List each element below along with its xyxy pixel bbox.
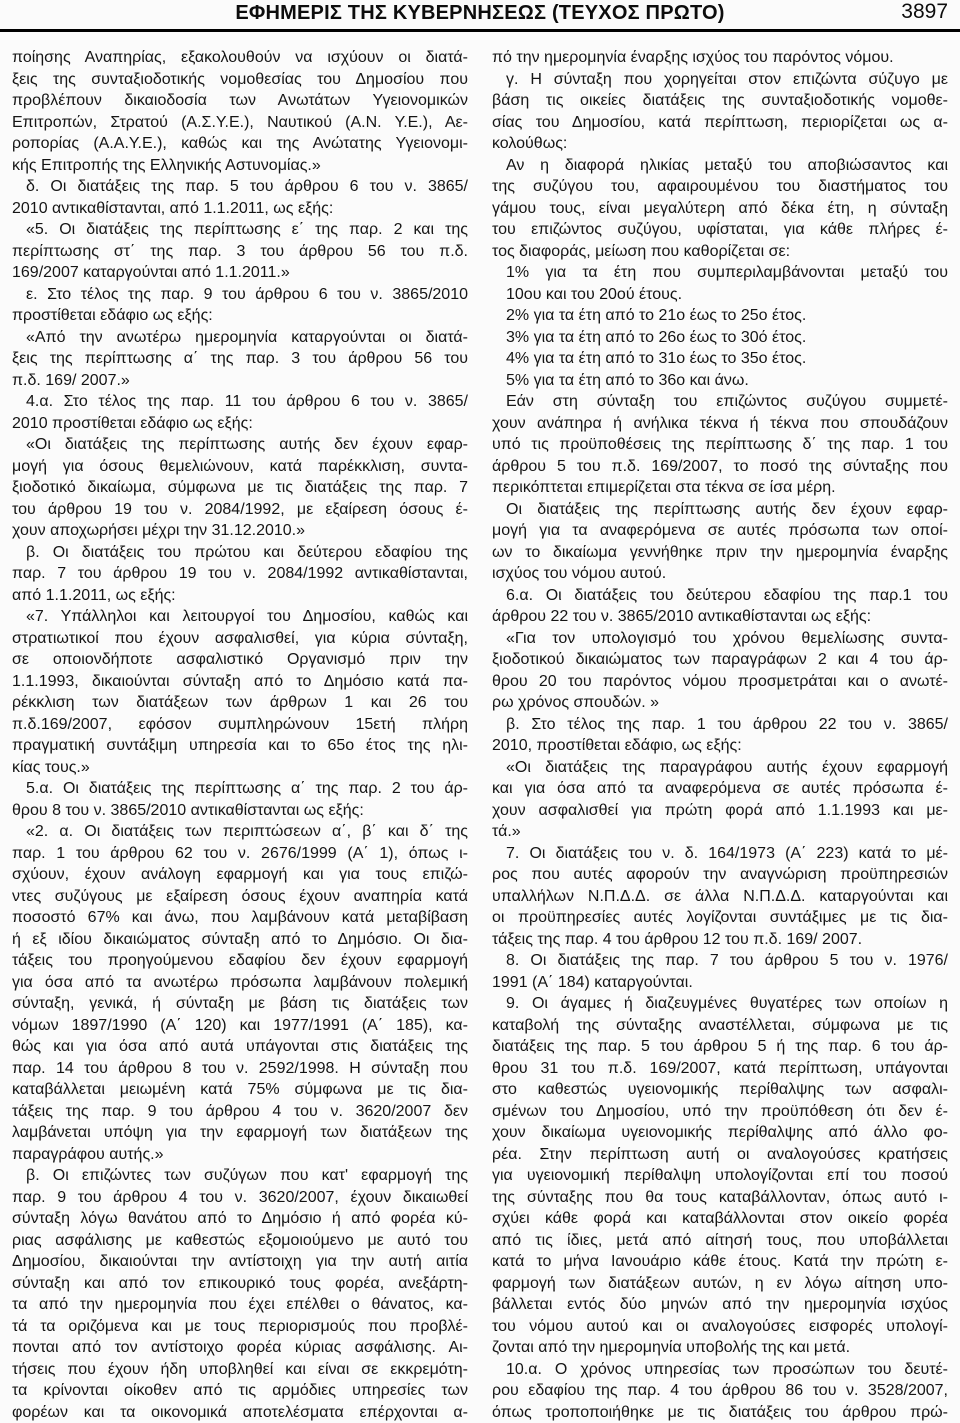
page-header: ΕΦΗΜΕΡΙΣ ΤΗΣ ΚΥΒΕΡΝΗΣΕΩΣ (ΤΕΥΧΟΣ ΠΡΩΤΟ) … (0, 0, 960, 28)
paragraph: 5% για τα έτη από το 36ο και άνω. (492, 370, 948, 392)
text-line: 10ου και του 20ού έτους. (492, 284, 948, 306)
text-line: χουν ανάπηρα ή ανήλικα τέκνα ή τέκνα που… (492, 413, 948, 435)
paragraph: γ. Η σύνταξη που χορηγείται στον επιζώντ… (492, 69, 948, 155)
text-line: φορέων και τα οικονομικά αποτελέσματα επ… (12, 1402, 468, 1423)
text-line: λαμβάνεται υπόψη για την εφαρμογή των δι… (12, 1122, 468, 1144)
text-line: 7. Οι διατάξεις του ν. δ. 164/1973 (Α΄ 2… (492, 843, 948, 865)
paragraph: 4% για τα έτη από το 31ο έως το 35ο έτος… (492, 348, 948, 370)
text-line: ισχύος του νόμου αυτού. (492, 563, 948, 585)
paragraph: «5. Οι διατάξεις της περίπτωσης ε΄ της π… (12, 219, 468, 284)
paragraph: β. Στο τέλος της παρ. 1 του άρθρου 22 το… (492, 714, 948, 757)
text-line: νόμων 1897/1990 (Α΄ 120) και 1977/1991 (… (12, 1015, 468, 1037)
text-line: β. Στο τέλος της παρ. 1 του άρθρου 22 το… (492, 714, 948, 736)
paragraph: 1% για τα έτη που συμπεριλαμβάνονται μετ… (492, 262, 948, 305)
paragraph: «2. α. Οι διατάξεις των περιπτώσεων α΄, … (12, 821, 468, 1165)
text-line: 2010 αντικαθίστανται, από 1.1.2011, ως ε… (12, 198, 468, 220)
text-line: βάλλεται εντός δύο μηνών από την ημερομη… (492, 1294, 948, 1316)
text-line: «5. Οι διατάξεις της περίπτωσης ε΄ της π… (12, 219, 468, 241)
paragraph: δ. Οι διατάξεις της παρ. 5 του άρθρου 6 … (12, 176, 468, 219)
text-line: φαρμογή των διατάξεων αυτών, η εν λόγω α… (492, 1273, 948, 1295)
text-line: ροπορίας (Α.Α.Υ.Ε.), καθώς και της Ανώτα… (12, 133, 468, 155)
text-line: για υγειονομική περίθαλψη υπολογίζονται … (492, 1165, 948, 1187)
text-line: «2. α. Οι διατάξεις των περιπτώσεων α΄, … (12, 821, 468, 843)
text-line: σύνταξη λόγω θανάτου από το Δημόσιο ή απ… (12, 1208, 468, 1230)
text-line: κατά το μήνα Ιανουάριο κάθε έτους. Κατά … (492, 1251, 948, 1273)
paragraph: 9. Οι άγαμες ή διαζευγμένες θυγατέρες τω… (492, 993, 948, 1359)
text-line: μογή για τα αναφερόμενα σε αυτές πρόσωπα… (492, 520, 948, 542)
text-line: σίας του Δημοσίου, κατά περίπτωση, περιο… (492, 112, 948, 134)
text-line: ή εξ ιδίου δικαιώματος σύνταξη από το Δη… (12, 929, 468, 951)
text-line: «Οι διατάξεις της παραγράφου αυτής έχουν… (492, 757, 948, 779)
text-line: 6.α. Οι διατάξεις του δεύτερου εδαφίου τ… (492, 585, 948, 607)
paragraph: 6.α. Οι διατάξεις του δεύτερου εδαφίου τ… (492, 585, 948, 628)
text-line: ων το δικαίωμα γεννήθηκε πριν την ημερομ… (492, 542, 948, 564)
text-line: Εάν στη σύνταξη του επιζώντος συζύγου συ… (492, 391, 948, 413)
text-column-left: ποίησης Αναπηρίας, εξακολουθούν να ισχύο… (12, 47, 468, 1423)
paragraph: Εάν στη σύνταξη του επιζώντος συζύγου συ… (492, 391, 948, 499)
text-line: θρου 20 του παρόντος νόμου προσμετράται … (492, 671, 948, 693)
text-line: σχύει κάθε φορά και καταβάλλονται στον ο… (492, 1208, 948, 1230)
text-line: περικόπτεται επιμερίζεται στα τέκνα σε ί… (492, 477, 948, 499)
text-line: στρατιωτικοί που έχουν ασφαλισθεί, για κ… (12, 628, 468, 650)
paragraph: πό την ημερομηνία έναρξης ισχύος του παρ… (492, 47, 948, 69)
text-line: ντες συζύγους με εξαίρεση όσους έχουν αν… (12, 886, 468, 908)
text-line: Δημοσίου, δικαιούνται την αντίστοιχη για… (12, 1251, 468, 1273)
paragraph: β. Οι διατάξεις του πρώτου και δεύτερου … (12, 542, 468, 607)
text-line: ρος που αυτές αφορούν την αναγνώριση προ… (492, 864, 948, 886)
page-number: 3897 (901, 0, 948, 24)
text-line: περίπτωσης στ΄ της παρ. 3 του άρθρου 56 … (12, 241, 468, 263)
text-line: τάξεις του προηγούμενου εδαφίου δεν έχου… (12, 950, 468, 972)
text-line: ζονται από την ημερομηνία υποβολής της κ… (492, 1337, 948, 1359)
text-line: γάμου τους, είναι μεγαλύτερη από δέκα έτ… (492, 198, 948, 220)
text-line: ξιοδοτικό δικαίωμα, σύμφωνα με τις διατά… (12, 477, 468, 499)
gazette-title: ΕΦΗΜΕΡΙΣ ΤΗΣ ΚΥΒΕΡΝΗΣΕΩΣ (ΤΕΥΧΟΣ ΠΡΩΤΟ) (0, 2, 960, 25)
document-body: ποίησης Αναπηρίας, εξακολουθούν να ισχύο… (0, 47, 960, 1423)
text-line: τάξεις της παρ. 4 του άρθρου 12 του π.δ.… (492, 929, 948, 951)
text-line: χουν δικαίωμα υγειονομικής περίθαλψης απ… (492, 1122, 948, 1144)
text-line: π.δ.169/2007, εφόσον συμπληρώνουν 15ετή … (12, 714, 468, 736)
paragraph: «7. Υπάλληλοι και λειτουργοί του Δημοσίο… (12, 606, 468, 778)
text-line: «Για τον υπολογισμό του χρόνου θεμελίωση… (492, 628, 948, 650)
text-line: τάξεις της παρ. 9 του άρθρου 4 του ν. 36… (12, 1101, 468, 1123)
text-line: ρω χρόνος σπουδών. » (492, 692, 948, 714)
text-line: σχύουν, έχουν ανάλογη εφαρμογή και για τ… (12, 864, 468, 886)
text-line: τος διαφοράς, μείωση που καθορίζεται σε: (492, 241, 948, 263)
paragraph: «Οι διατάξεις της περίπτωσης αυτής δεν έ… (12, 434, 468, 542)
text-line: διατάξεις της παρ. 5 του άρθρου 5 ή της … (492, 1036, 948, 1058)
text-line: προβλέπουν δικαιοδοσία των Ανωτάτων Υγει… (12, 90, 468, 112)
text-line: θώς και για όσα από αυτά υπάγονται στις … (12, 1036, 468, 1058)
text-line: και για όσα από τα αναφερόμενα σε αυτές … (492, 778, 948, 800)
text-column-right: πό την ημερομηνία έναρξης ισχύος του παρ… (492, 47, 948, 1423)
text-line: άρθρου 22 του ν. 3865/2010 αντικαθίσταντ… (492, 606, 948, 628)
text-line: τα κρίνονται οίκοθεν από τις αρμόδιες υπ… (12, 1380, 468, 1402)
text-line: σμένων του Δημοσίου, υπό την προϋπόθεση … (492, 1101, 948, 1123)
text-line: τά τα οριζόμενα και με τους περιορισμούς… (12, 1316, 468, 1338)
text-line: κίας τους.» (12, 757, 468, 779)
text-line: πονται από τον αντίστοιχο φορέα κύριας α… (12, 1337, 468, 1359)
text-line: παραγράφου αυτής.» (12, 1144, 468, 1166)
text-line: πραγματική συντάξιμη υπηρεσία και το 65ο… (12, 735, 468, 757)
text-line: κής Επιτροπής της Ελληνικής Αστυνομίας.» (12, 155, 468, 177)
text-line: Επιτροπών, Στρατού (Α.Σ.Υ.Ε.), Ναυτικού … (12, 112, 468, 134)
text-line: ε. Στο τέλος της παρ. 9 του άρθρου 6 του… (12, 284, 468, 306)
text-line: χουν αποχωρήσει μέχρι την 31.12.2010.» (12, 520, 468, 542)
text-line: όπως τροποποιήθηκε με τις διατάξεις του … (492, 1402, 948, 1423)
text-line: τήσεις που έχουν ήδη υποβληθεί και είναι… (12, 1359, 468, 1381)
paragraph: β. Οι επιζώντες των συζύγων που κατ' εφα… (12, 1165, 468, 1423)
text-line: 1.1.1993, δικαιούνται σύνταξη από το Δημ… (12, 671, 468, 693)
text-line: παρ. 14 του άρθρου 8 του ν. 2592/1998. Η… (12, 1058, 468, 1080)
paragraph: «Για τον υπολογισμό του χρόνου θεμελίωση… (492, 628, 948, 714)
text-line: ρου εδαφίου της παρ. 4 του άρθρου 86 του… (492, 1380, 948, 1402)
text-line: χουν ασφαλισθεί για πρώτη φορά από 1.1.1… (492, 800, 948, 822)
text-line: 5% για τα έτη από το 36ο και άνω. (492, 370, 948, 392)
text-line: θρου 8 του ν. 3865/2010 αντικαθίστανται … (12, 800, 468, 822)
text-line: β. Οι επιζώντες των συζύγων που κατ' εφα… (12, 1165, 468, 1187)
text-line: άρθρου 5 του π.δ. 169/2007, το ποσό της … (492, 456, 948, 478)
text-line: υπαλλήλων Ν.Π.Δ.Δ. σε άλλα Ν.Π.Δ.Δ. κατα… (492, 886, 948, 908)
text-line: 9. Οι άγαμες ή διαζευγμένες θυγατέρες τω… (492, 993, 948, 1015)
text-line: π.δ. 169/ 2007.» (12, 370, 468, 392)
paragraph: Αν η διαφορά ηλικίας μεταξύ του αποβιώσα… (492, 155, 948, 263)
text-line: από 1.1.2011, ως εξής: (12, 585, 468, 607)
text-line: της συζύγου του, αφαιρουμένου του διαστή… (492, 176, 948, 198)
text-line: πό την ημερομηνία έναρξης ισχύος του παρ… (492, 47, 948, 69)
paragraph: 10.α. Ο χρόνος υπηρεσίας των προσώπων το… (492, 1359, 948, 1423)
text-line: ριας ασφάλισης με καθεστώς εξομοιούμενο … (12, 1230, 468, 1252)
text-line: γ. Η σύνταξη που χορηγείται στον επιζώντ… (492, 69, 948, 91)
text-line: θρου 31 του π.δ. 169/2007, κατά περίπτωσ… (492, 1058, 948, 1080)
text-line: 1991 (Α΄ 184) καταργούνται. (492, 972, 948, 994)
header-rule (0, 29, 960, 32)
text-line: 5.α. Οι διατάξεις της περίπτωσης α΄ της … (12, 778, 468, 800)
text-line: καταβολή της σύνταξης αναστέλλεται, σύμφ… (492, 1015, 948, 1037)
text-line: του άρθρου 19 του ν. 2084/1992, με εξαίρ… (12, 499, 468, 521)
text-line: 2% για τα έτη από το 21ο έως το 25ο έτος… (492, 305, 948, 327)
text-line: παρ. 7 του άρθρου 19 του ν. 2084/1992 αν… (12, 563, 468, 585)
text-line: Οι διατάξεις της περίπτωσης αυτής δεν έχ… (492, 499, 948, 521)
paragraph: 7. Οι διατάξεις του ν. δ. 164/1973 (Α΄ 2… (492, 843, 948, 951)
text-line: «7. Υπάλληλοι και λειτουργοί του Δημοσίο… (12, 606, 468, 628)
text-line: καταβάλλεται μειωμένη κατά 75% σύμφωνα μ… (12, 1079, 468, 1101)
text-line: κολούθως: (492, 133, 948, 155)
text-line: ξιοδοτικού δικαιώματος των παραγράφων 2 … (492, 649, 948, 671)
text-line: 3% για τα έτη από το 26ο έως το 30ό έτος… (492, 327, 948, 349)
text-line: για όσα από τα ανωτέρω πρόσωπα λαμβάνουν… (12, 972, 468, 994)
paragraph: Οι διατάξεις της περίπτωσης αυτής δεν έχ… (492, 499, 948, 585)
text-line: «Οι διατάξεις της περίπτωσης αυτής δεν έ… (12, 434, 468, 456)
text-line: ρέα. Στην περίπτωση αυτή οι αναλογούσες … (492, 1144, 948, 1166)
text-line: του νόμου αυτού και οι αναλογούσες εισφο… (492, 1316, 948, 1338)
text-line: 2010 προστίθεται εδάφιο ως εξής: (12, 413, 468, 435)
text-line: ποσοστό 67% και άνω, που λαμβάνουν κατά … (12, 907, 468, 929)
text-line: στο καθεστώς υγειονομικής περίθαλψης των… (492, 1079, 948, 1101)
text-line: ποίησης Αναπηρίας, εξακολουθούν να ισχύο… (12, 47, 468, 69)
paragraph: «Από την ανωτέρω ημερομηνία καταργούνται… (12, 327, 468, 392)
text-line: της σύνταξης που θα τους καταβάλλονταν, … (492, 1187, 948, 1209)
text-line: Αν η διαφορά ηλικίας μεταξύ του αποβιώσα… (492, 155, 948, 177)
text-line: 169/2007 καταργούνται από 1.1.2011.» (12, 262, 468, 284)
text-line: 2010, προστίθεται εδάφιο, ως εξής: (492, 735, 948, 757)
text-line: από τις ίδιες, μετά από αίτησή τους, που… (492, 1230, 948, 1252)
text-line: του επιζώντος συζύγου, υφίσταται, για κά… (492, 219, 948, 241)
text-line: 1% για τα έτη που συμπεριλαμβάνονται μετ… (492, 262, 948, 284)
text-line: οι προϋπηρεσίες αυτές λογίζονται συντάξι… (492, 907, 948, 929)
text-line: ρέκκλιση των διατάξεων των άρθρων 1 και … (12, 692, 468, 714)
paragraph: 3% για τα έτη από το 26ο έως το 30ό έτος… (492, 327, 948, 349)
paragraph: 5.α. Οι διατάξεις της περίπτωσης α΄ της … (12, 778, 468, 821)
text-line: «Από την ανωτέρω ημερομηνία καταργούνται… (12, 327, 468, 349)
text-line: ξεις της συνταξιοδοτικής νομοθεσίας του … (12, 69, 468, 91)
paragraph: 2% για τα έτη από το 21ο έως το 25ο έτος… (492, 305, 948, 327)
paragraph: «Οι διατάξεις της παραγράφου αυτής έχουν… (492, 757, 948, 843)
text-line: σε οποιονδήποτε ασφαλιστικό Οργανισμό πρ… (12, 649, 468, 671)
paragraph: ε. Στο τέλος της παρ. 9 του άρθρου 6 του… (12, 284, 468, 327)
text-line: 4.α. Στο τέλος της παρ. 11 του άρθρου 6 … (12, 391, 468, 413)
text-line: παρ. 9 του άρθρου 4 του ν. 3620/2007, έχ… (12, 1187, 468, 1209)
text-line: 8. Οι διατάξεις της παρ. 7 του άρθρου 5 … (492, 950, 948, 972)
text-line: β. Οι διατάξεις του πρώτου και δεύτερου … (12, 542, 468, 564)
text-line: μογή για όσους θεμελιώνουν, κατά παρέκκλ… (12, 456, 468, 478)
paragraph: 4.α. Στο τέλος της παρ. 11 του άρθρου 6 … (12, 391, 468, 434)
text-line: ξεις της περίπτωσης α΄ της παρ. 3 του άρ… (12, 348, 468, 370)
paragraph: ποίησης Αναπηρίας, εξακολουθούν να ισχύο… (12, 47, 468, 176)
text-line: σύνταξη και από τον επικουρικό τους φορέ… (12, 1273, 468, 1295)
text-line: σύνταξη, γενικά, ή σύνταξη με βάση τις δ… (12, 993, 468, 1015)
paragraph: 8. Οι διατάξεις της παρ. 7 του άρθρου 5 … (492, 950, 948, 993)
text-line: δ. Οι διατάξεις της παρ. 5 του άρθρου 6 … (12, 176, 468, 198)
text-line: υπό τις προϋποθέσεις της περίπτωσης δ΄ τ… (492, 434, 948, 456)
gazette-page: ΕΦΗΜΕΡΙΣ ΤΗΣ ΚΥΒΕΡΝΗΣΕΩΣ (ΤΕΥΧΟΣ ΠΡΩΤΟ) … (0, 0, 960, 1423)
text-line: βάση τις οικείες διατάξεις της συνταξιοδ… (492, 90, 948, 112)
text-line: τα από την ημερομηνία που έχει επέλθει ο… (12, 1294, 468, 1316)
text-line: 4% για τα έτη από το 31ο έως το 35ο έτος… (492, 348, 948, 370)
text-line: προστίθεται εδάφιο ως εξής: (12, 305, 468, 327)
text-line: τά.» (492, 821, 948, 843)
text-line: παρ. 1 του άρθρου 62 του ν. 2676/1999 (Α… (12, 843, 468, 865)
text-line: 10.α. Ο χρόνος υπηρεσίας των προσώπων το… (492, 1359, 948, 1381)
